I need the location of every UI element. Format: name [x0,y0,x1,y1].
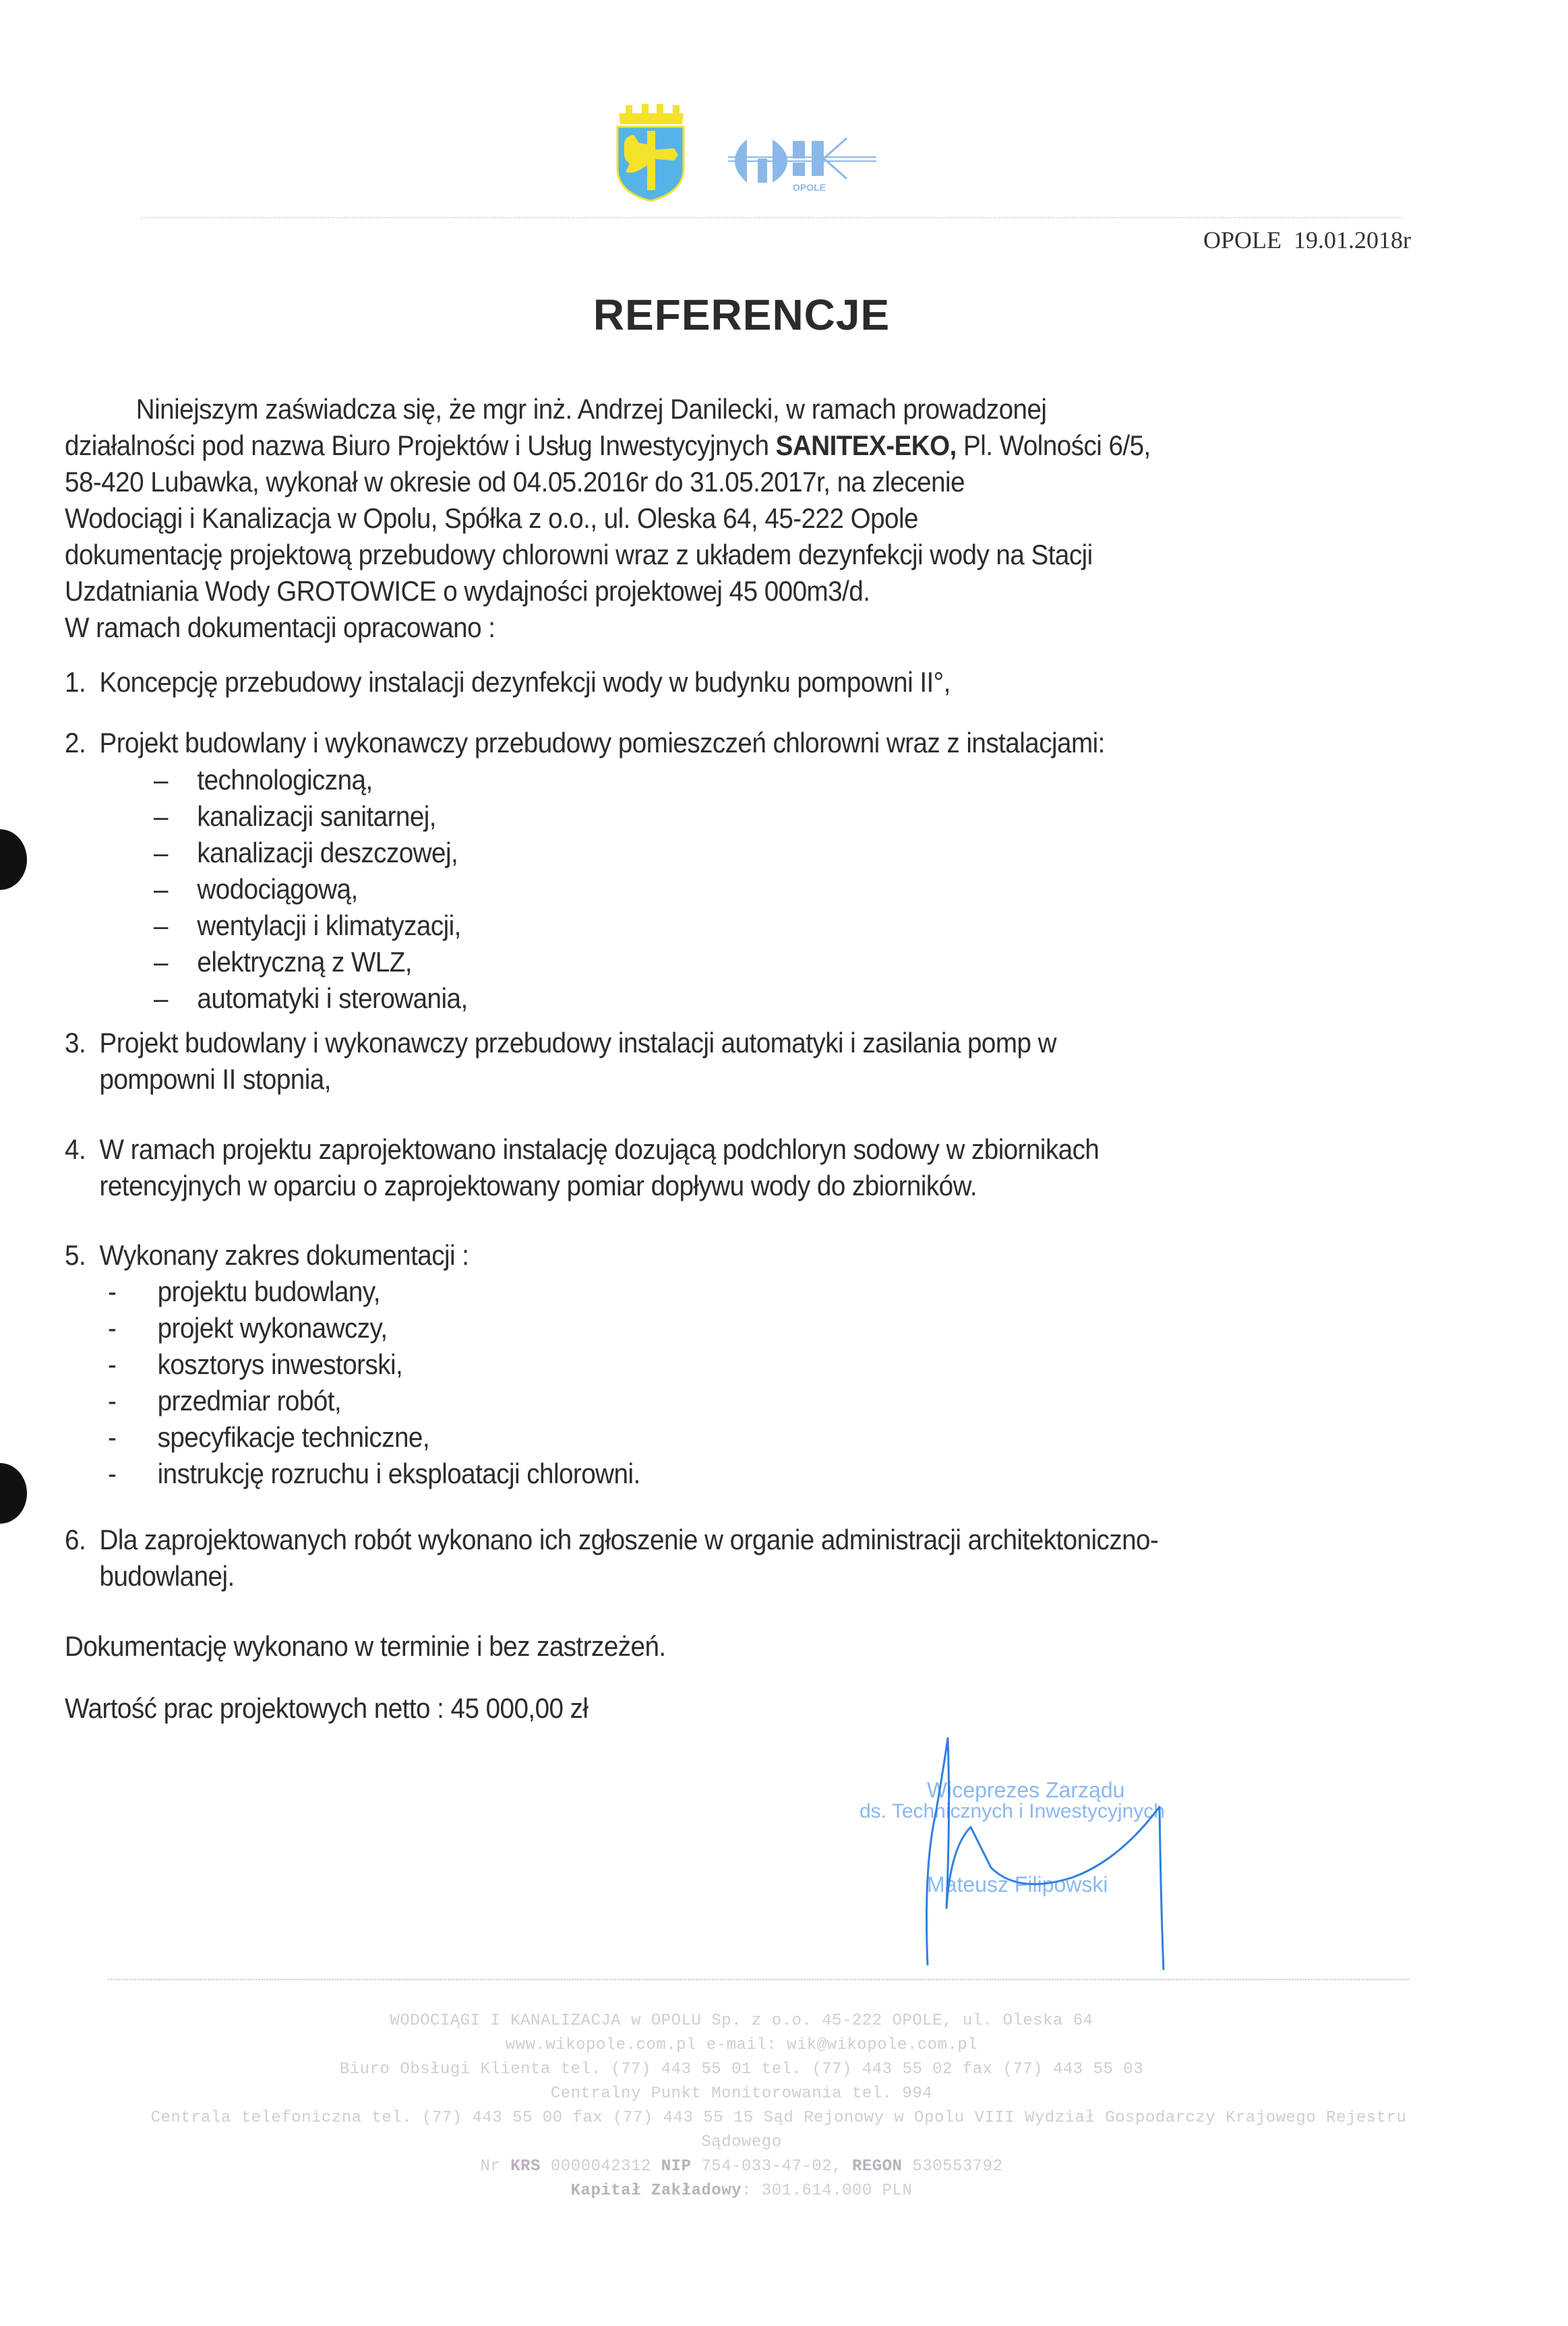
intro-line: Wodociągi i Kanalizacja w Opolu, Spółka … [65,500,1151,537]
company-name: SANITEX-EKO, [776,429,957,461]
intro-line: 58-420 Lubawka, wykonał w okresie od 04.… [65,464,1151,500]
punch-hole [0,829,27,890]
intro-paragraph: Niniejszym zaświadcza się, że mgr inż. A… [65,391,1151,646]
punch-hole [0,1463,27,1524]
footer-monitoring: Centralny Punkt Monitorowania tel. 994 [0,2082,1483,2106]
handwritten-signature [903,1733,1207,1975]
sub-item: –wodociągową, [154,871,468,907]
sub-item: -kosztorys inwestorski, [108,1346,640,1383]
sub-item: -instrukcję rozruchu i eksploatacji chlo… [108,1456,640,1492]
footer-customer-service: Biuro Obsługi Klienta tel. (77) 443 55 0… [0,2058,1483,2082]
closing-statement: Dokumentację wykonano w terminie i bez z… [65,1628,666,1665]
sub-item: –wentylacji i klimatyzacji, [154,907,468,944]
list-item-2: 2.Projekt budowlany i wykonawczy przebud… [65,725,1105,761]
list-item-5: 5.Wykonany zakres dokumentacji : [65,1237,469,1274]
sub-item: –elektryczną z WLZ, [154,944,468,980]
footer-switchboard: Centrala telefoniczna tel. (77) 443 55 0… [61,2106,1497,2130]
intro-line: działalności pod nazwa Biuro Projektów i… [65,427,1151,464]
footer-court: Sądowego [0,2130,1483,2155]
intro-line: dokumentację projektową przebudowy chlor… [65,537,1151,573]
intro-line: Uzdatniania Wody GROTOWICE o wydajności … [65,573,1151,609]
footer-registration: Nr KRS 0000042312 NIP 754-033-47-02, REG… [0,2155,1483,2179]
list-item-5-subitems: -projektu budowlany, -projekt wykonawczy… [108,1274,640,1492]
list-item-3: 3.Projekt budowlany i wykonawczy przebud… [65,1025,1056,1098]
sub-item: –kanalizacji sanitarnej, [154,798,468,835]
document-title: REFERENCJE [0,290,1483,340]
sub-item: -specyfikacje techniczne, [108,1419,640,1456]
sub-item: -przedmiar robót, [108,1383,640,1419]
wik-opole-logo: OPOLE [728,131,883,192]
svg-text:OPOLE: OPOLE [793,182,826,192]
list-item-4: 4.W ramach projektu zaprojektowano insta… [65,1131,1099,1204]
intro-line: Niniejszym zaświadcza się, że mgr inż. A… [65,391,1151,427]
footer-capital: Kapitał Zakładowy: 301.614.000 PLN [0,2179,1483,2203]
list-item-6: 6.Dla zaprojektowanych robót wykonano ic… [65,1522,1158,1594]
project-value: Wartość prac projektowych netto : 45 000… [65,1690,588,1727]
sub-item: -projektu budowlany, [108,1274,640,1310]
sub-item: –automatyki i sterowania, [154,980,468,1017]
list-item-1: 1.Koncepcję przebudowy instalacji dezynf… [65,664,951,700]
sub-item: –kanalizacji deszczowej, [154,835,468,871]
footer-divider [108,1979,1409,1980]
header-divider [142,217,1402,218]
list-item-2-subitems: –technologiczną, –kanalizacji sanitarnej… [154,762,468,1017]
sub-item: -projekt wykonawczy, [108,1310,640,1346]
footer-web: www.wikopole.com.pl e-mail: wik@wikopole… [0,2033,1483,2058]
opole-coat-of-arms-icon [613,101,688,202]
footer-company: WODOCIĄGI I KANALIZACJA w OPOLU Sp. z o.… [0,2009,1483,2033]
intro-line: W ramach dokumentacji opracowano : [65,609,1151,646]
sub-item: –technologiczną, [154,762,468,798]
document-date: OPOLE 19.01.2018r [1203,226,1411,254]
